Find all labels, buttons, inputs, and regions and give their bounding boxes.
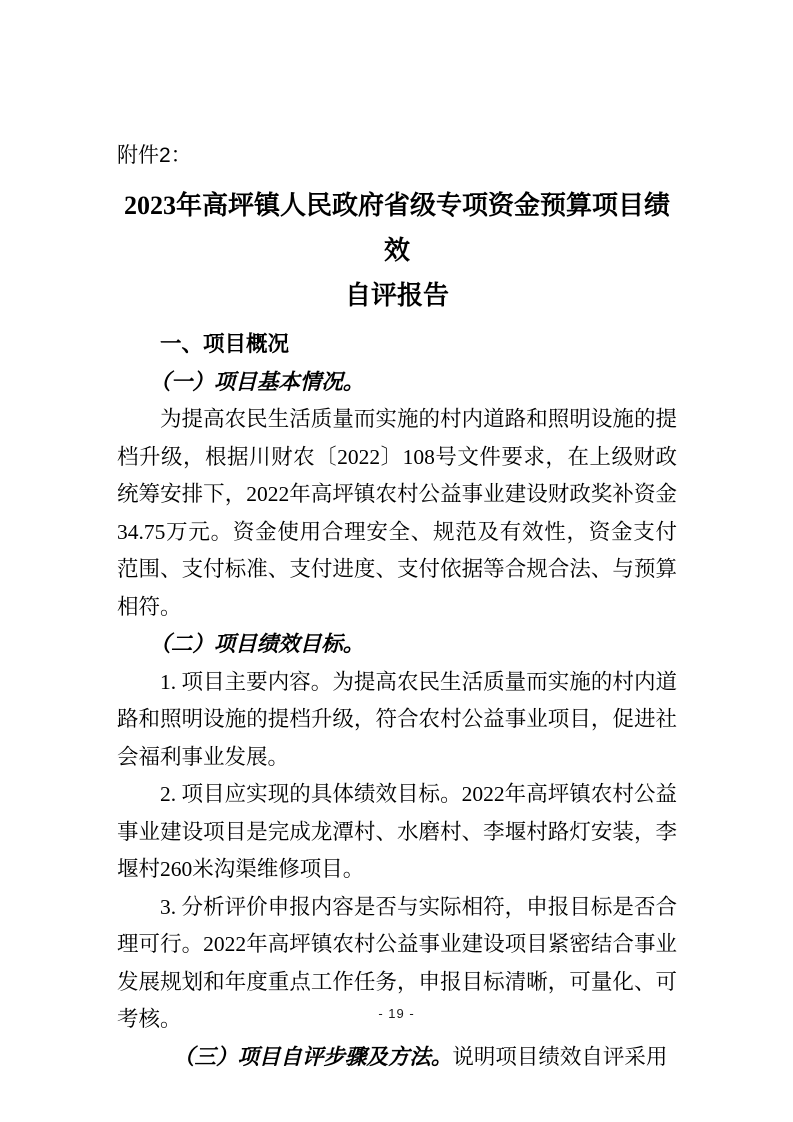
subsection-heading-basic-info: （一）项目基本情况。 — [117, 364, 677, 402]
paragraph-self-eval-method-text: 说明项目绩效自评采用 — [452, 1045, 667, 1069]
document-title: 2023年高坪镇人民政府省级专项资金预算项目绩效 自评报告 — [117, 183, 677, 318]
subsection-heading-self-eval-method: （三）项目自评步骤及方法。 — [173, 1045, 453, 1069]
paragraph-main-content: 1. 项目主要内容。为提高农民生活质量而实施的村内道路和照明设施的提档升级，符合… — [117, 664, 677, 777]
document-content: 附件2： 2023年高坪镇人民政府省级专项资金预算项目绩效 自评报告 一、项目概… — [117, 142, 677, 1076]
attachment-label: 附件2： — [117, 142, 677, 170]
subsection-heading-performance-goals: （二）项目绩效目标。 — [117, 626, 677, 664]
paragraph-basic-info: 为提高农民生活质量而实施的村内道路和照明设施的提档升级，根据川财农〔2022〕1… — [117, 401, 677, 626]
page-number: - 19 - — [0, 1006, 793, 1021]
document-page: 附件2： 2023年高坪镇人民政府省级专项资金预算项目绩效 自评报告 一、项目概… — [0, 0, 793, 1122]
paragraph-specific-goals: 2. 项目应实现的具体绩效目标。2022年高坪镇农村公益事业建设项目是完成龙潭村… — [117, 776, 677, 889]
document-title-line1: 2023年高坪镇人民政府省级专项资金预算项目绩效 — [117, 183, 677, 273]
paragraph-self-eval-method: （三）项目自评步骤及方法。说明项目绩效自评采用 — [117, 1039, 677, 1077]
document-title-line2: 自评报告 — [117, 273, 677, 318]
section-heading-project-overview: 一、项目概况 — [117, 326, 677, 364]
